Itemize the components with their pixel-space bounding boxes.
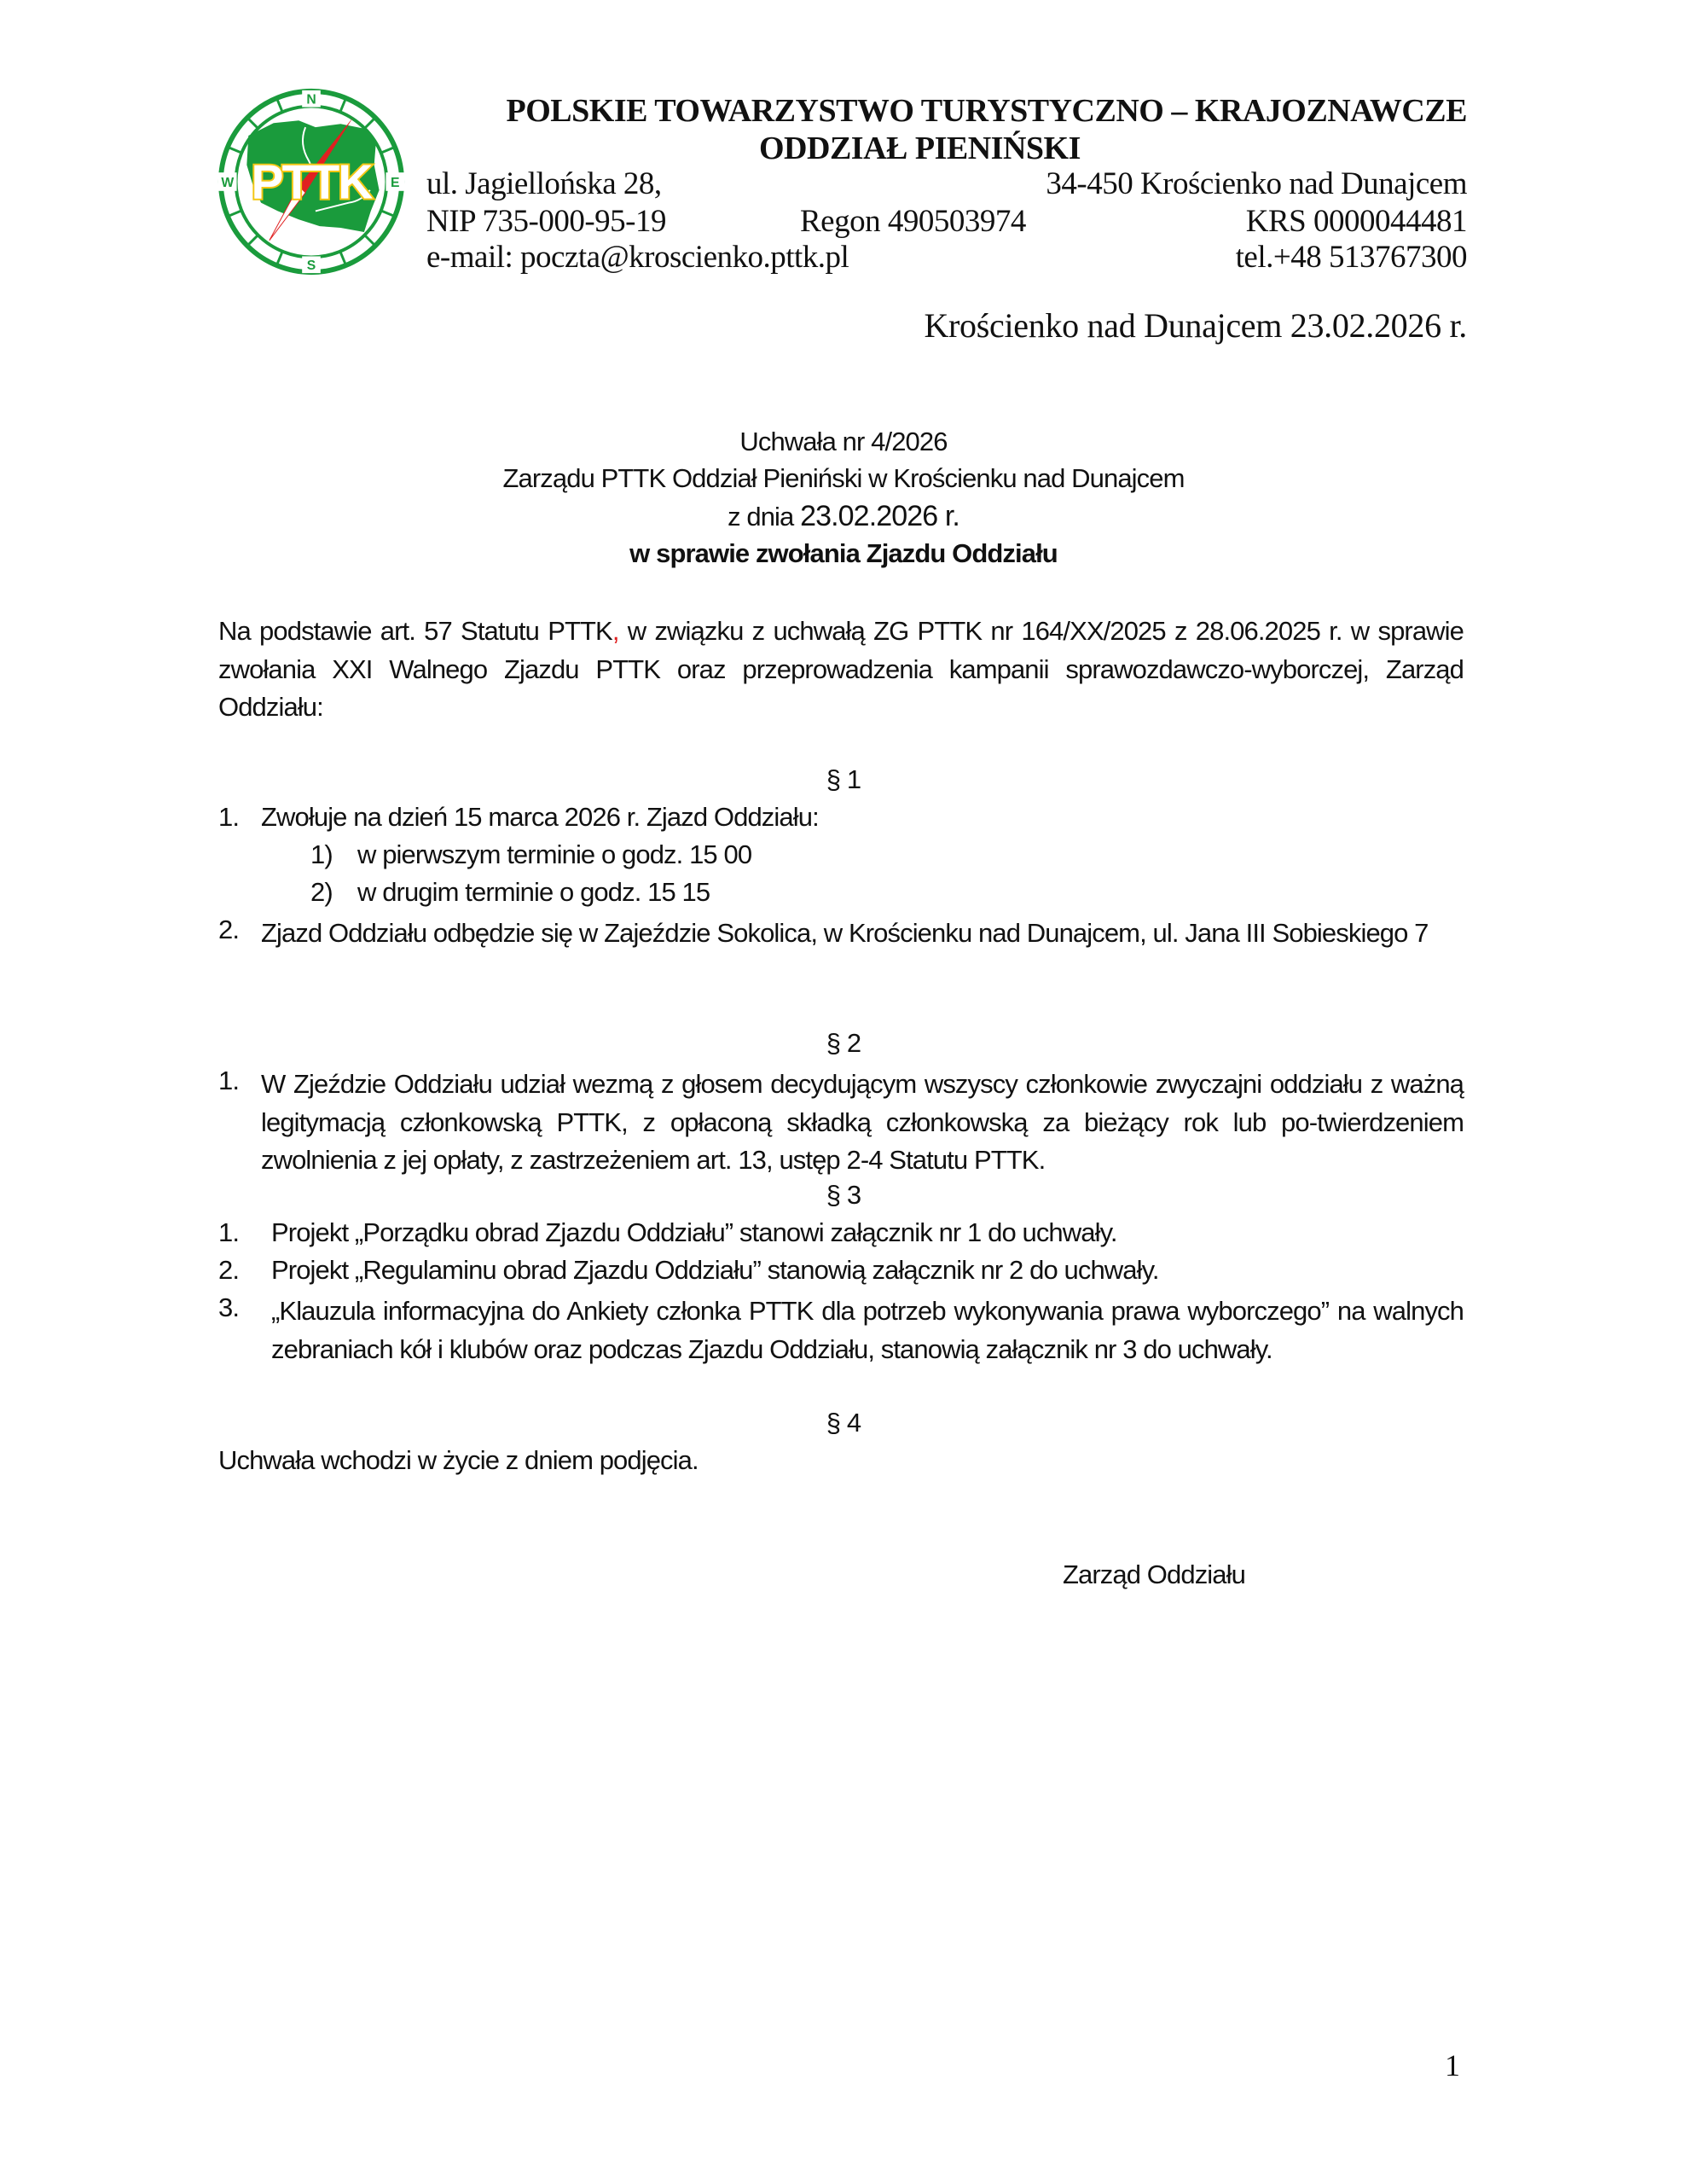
preamble-part1: Na podstawie art. 57 Statutu PTTK xyxy=(218,616,612,646)
address-street: ul. Jagiellońska 28, xyxy=(426,166,662,202)
s3-item1-number: 1. xyxy=(218,1217,239,1248)
s3-item2-text: Projekt „Regulaminu obrad Zjazdu Oddział… xyxy=(271,1255,1159,1286)
preamble-red-comma: , xyxy=(612,616,619,646)
s2-item1: 1. W Zjeździe Oddziału udział wezmą z gł… xyxy=(218,1066,1464,1180)
regon-number: Regon 490503974 xyxy=(800,203,1026,240)
s2-item1-number: 1. xyxy=(218,1066,239,1096)
org-name: POLSKIE TOWARZYSTWO TURYSTYCZNO – KRAJOZ… xyxy=(426,92,1467,130)
s1-sub2-text: w drugim terminie o godz. 15 15 xyxy=(357,877,710,908)
phone-number: tel.+48 513767300 xyxy=(1236,239,1467,276)
section-3-heading: § 3 xyxy=(0,1180,1687,1211)
page-number: 1 xyxy=(1445,2047,1460,2083)
krs-number: KRS 0000044481 xyxy=(1246,203,1467,240)
s1-sub1-number: 1) xyxy=(310,839,333,870)
s3-item3-number: 3. xyxy=(218,1292,239,1323)
s1-item1-number: 1. xyxy=(218,802,239,833)
resolution-date: z dnia 23.02.2026 r. xyxy=(0,500,1687,533)
resolution-subject: w sprawie zwołania Zjazdu Oddziału xyxy=(0,538,1687,569)
resolution-date-prefix: z dnia xyxy=(728,502,800,531)
place-and-date: Krościenko nad Dunajcem 23.02.2026 r. xyxy=(924,305,1467,346)
s1-item2-number: 2. xyxy=(218,915,239,945)
s3-item2-number: 2. xyxy=(218,1255,239,1286)
s1-item2-text: Zjazd Oddziału odbędzie się w Zajeździe … xyxy=(261,915,1464,953)
s3-item3-text: „Klauzula informacyjna do Ankiety członk… xyxy=(271,1292,1464,1368)
section-2-heading: § 2 xyxy=(0,1028,1687,1059)
nip-number: NIP 735-000-95-19 xyxy=(426,203,666,240)
s1-sub1-text: w pierwszym terminie o godz. 15 00 xyxy=(357,839,751,870)
s1-item1-text: Zwołuje na dzień 15 marca 2026 r. Zjazd … xyxy=(261,802,819,833)
pttk-compass-logo-icon: N S W E PTTK xyxy=(215,85,408,278)
email-address[interactable]: e-mail: poczta@kroscienko.pttk.pl xyxy=(426,239,849,276)
pttk-logo: N S W E PTTK xyxy=(215,85,408,278)
s3-item3: 3. „Klauzula informacyjna do Ankiety czł… xyxy=(218,1292,1464,1368)
s2-item1-text: W Zjeździe Oddziału udział wezmą z głose… xyxy=(261,1066,1464,1180)
svg-text:E: E xyxy=(391,176,399,190)
s1-item2: 2. Zjazd Oddziału odbędzie się w Zajeźdz… xyxy=(218,915,1464,953)
preamble: Na podstawie art. 57 Statutu PTTK, w zwi… xyxy=(218,613,1464,727)
section-1-heading: § 1 xyxy=(0,764,1687,795)
branch-name: ODDZIAŁ PIENIŃSKI xyxy=(759,130,1081,167)
svg-text:N: N xyxy=(306,93,316,107)
s4-text: Uchwała wchodzi w życie z dniem podjęcia… xyxy=(218,1445,699,1476)
section-4-heading: § 4 xyxy=(0,1408,1687,1438)
address-city: 34-450 Krościenko nad Dunajcem xyxy=(1046,166,1467,202)
s1-sub2-number: 2) xyxy=(310,877,333,908)
resolution-date-value: 23.02.2026 r. xyxy=(800,500,959,532)
svg-text:PTTK: PTTK xyxy=(252,155,374,210)
s3-item1-text: Projekt „Porządku obrad Zjazdu Oddziału”… xyxy=(271,1217,1117,1248)
resolution-number: Uchwała nr 4/2026 xyxy=(0,427,1687,457)
resolution-issuer: Zarządu PTTK Oddział Pieniński w Kroście… xyxy=(0,463,1687,494)
signature: Zarząd Oddziału xyxy=(1063,1560,1245,1590)
svg-text:W: W xyxy=(221,176,234,190)
svg-text:S: S xyxy=(307,258,316,273)
